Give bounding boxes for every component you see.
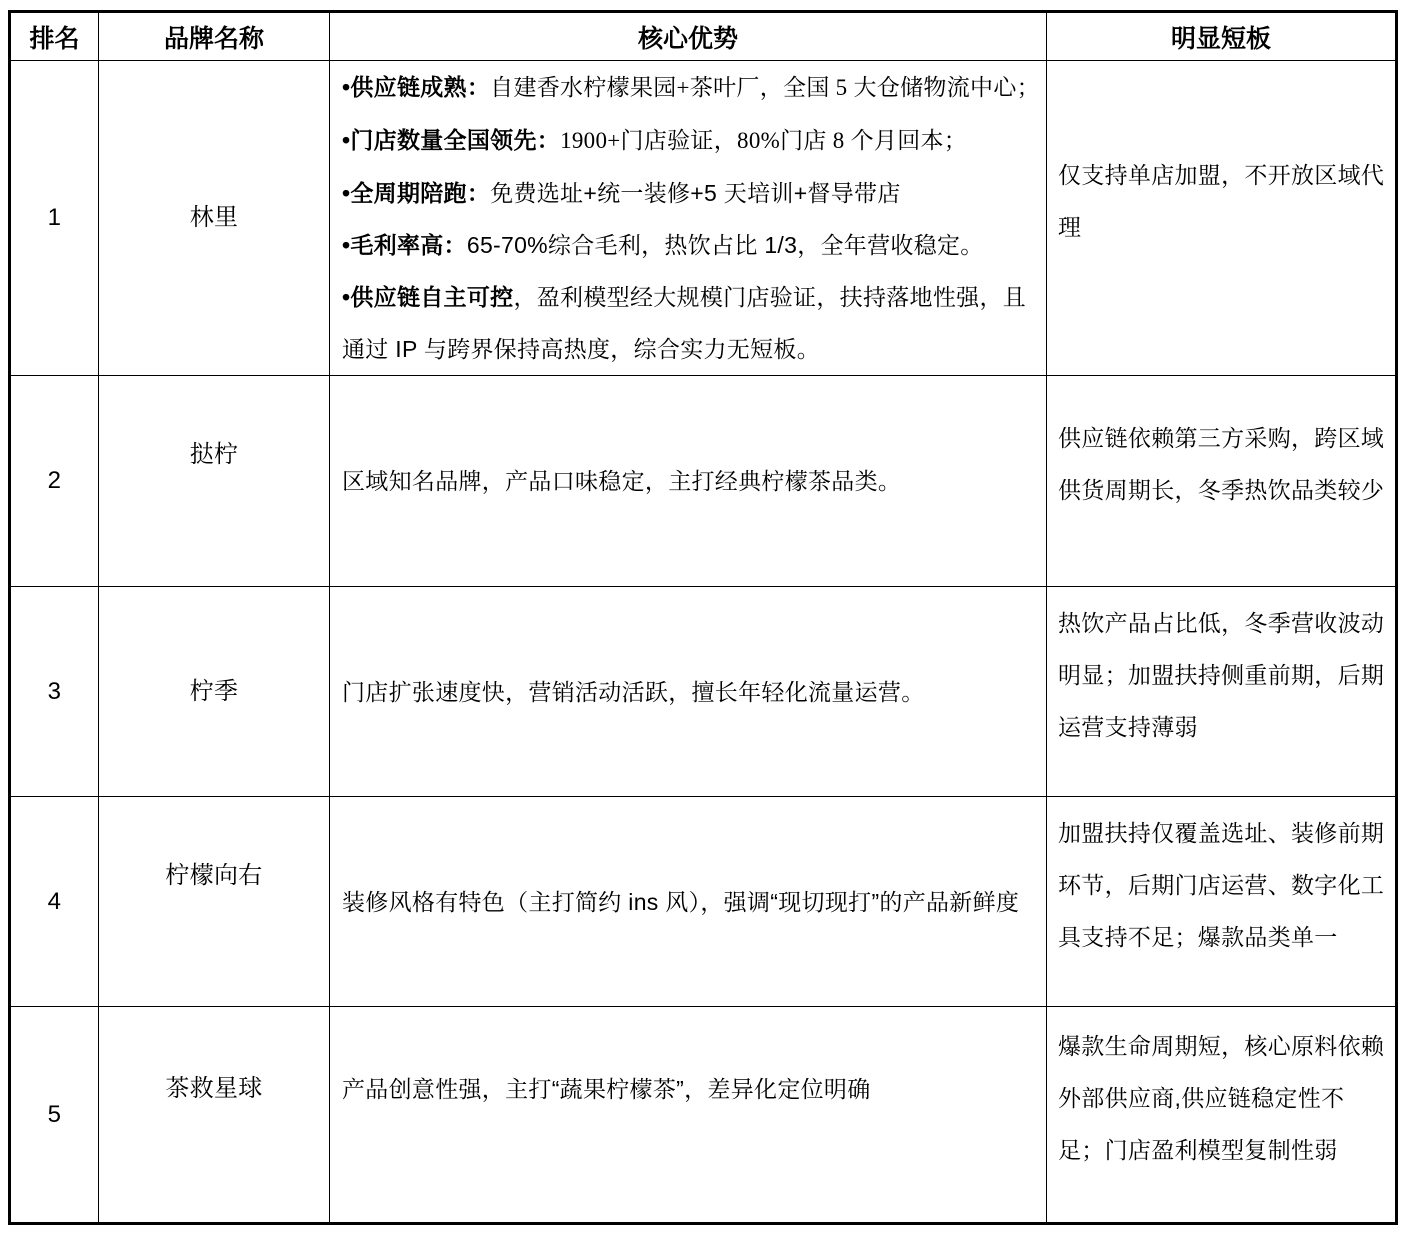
advantage-text: 免费选址+统一装修+5 天培训+督导带店 bbox=[490, 180, 900, 206]
brand-cell: 挞柠 bbox=[99, 376, 330, 587]
brand-name: 柠檬向右 bbox=[165, 862, 262, 889]
advantage-lead: •门店数量全国领先： bbox=[342, 127, 560, 153]
brand-name: 茶救星球 bbox=[165, 1075, 262, 1102]
advantages-cell: •供应链成熟：自建香水柠檬果园+茶叶厂，全国 5 大仓储物流中心；•门店数量全国… bbox=[330, 61, 1047, 376]
shortcoming-cell: 爆款生命周期短，核心原料依赖外部供应商,供应链稳定性不足；门店盈利模型复制性弱 bbox=[1047, 1007, 1397, 1224]
advantage-text: 65-70%综合毛利，热饮占比 1/3，全年营收稳定。 bbox=[467, 232, 984, 258]
shortcoming-text: 加盟扶持仅覆盖选址、装修前期环节，后期门店运营、数字化工具支持不足；爆款品类单一 bbox=[1058, 807, 1390, 963]
rank-cell: 2 bbox=[10, 376, 99, 587]
advantage-lead: •供应链自主可控 bbox=[342, 284, 513, 310]
advantages-cell: 门店扩张速度快，营销活动活跃，擅长年轻化流量运营。 bbox=[330, 587, 1047, 797]
advantage-item: 门店扩张速度快，营销活动活跃，擅长年轻化流量运营。 bbox=[342, 666, 1040, 718]
shortcoming-cell: 供应链依赖第三方采购，跨区域供货周期长，冬季热饮品类较少 bbox=[1047, 376, 1397, 587]
table-row: 3 柠季 门店扩张速度快，营销活动活跃，擅长年轻化流量运营。 热饮产品占比低，冬… bbox=[10, 587, 1397, 797]
advantage-item: •全周期陪跑：免费选址+统一装修+5 天培训+督导带店 bbox=[342, 167, 1040, 219]
shortcoming-text: 热饮产品占比低，冬季营收波动明显；加盟扶持侧重前期，后期运营支持薄弱 bbox=[1058, 597, 1390, 753]
table-row: 4 柠檬向右 装修风格有特色（主打简约 ins 风），强调“现切现打”的产品新鲜… bbox=[10, 797, 1397, 1007]
rank-cell: 4 bbox=[10, 797, 99, 1007]
advantages-cell: 装修风格有特色（主打简约 ins 风），强调“现切现打”的产品新鲜度 bbox=[330, 797, 1047, 1007]
advantage-item: •供应链自主可控，盈利模型经大规模门店验证，扶持落地性强，且通过 IP 与跨界保… bbox=[342, 271, 1040, 375]
rank-value: 2 bbox=[48, 467, 62, 494]
advantage-text: 门店扩张速度快，营销活动活跃，擅长年轻化流量运营。 bbox=[342, 679, 925, 705]
advantage-text: 装修风格有特色（主打简约 ins 风），强调“现切现打”的产品新鲜度 bbox=[342, 889, 1019, 915]
advantages-cell: 产品创意性强，主打“蔬果柠檬茶”，差异化定位明确 bbox=[330, 1007, 1047, 1224]
header-row: 排名 品牌名称 核心优势 明显短板 bbox=[10, 12, 1397, 61]
brand-cell: 茶救星球 bbox=[99, 1007, 330, 1224]
advantage-lead: •供应链成熟： bbox=[342, 74, 490, 100]
rank-cell: 5 bbox=[10, 1007, 99, 1224]
table-row: 2 挞柠 区域知名品牌，产品口味稳定，主打经典柠檬茶品类。 供应链依赖第三方采购… bbox=[10, 376, 1397, 587]
advantage-text: 1900+门店验证，80%门店 8 个月回本； bbox=[560, 128, 967, 153]
advantage-text: 产品创意性强，主打“蔬果柠檬茶”，差异化定位明确 bbox=[342, 1076, 871, 1102]
advantage-item: •毛利率高：65-70%综合毛利，热饮占比 1/3，全年营收稳定。 bbox=[342, 219, 1040, 271]
brand-comparison-table: 排名 品牌名称 核心优势 明显短板 1 林里 •供应链成熟：自建香水柠檬果园+茶… bbox=[8, 10, 1398, 1225]
brand-cell: 林里 bbox=[99, 61, 330, 376]
table-body: 1 林里 •供应链成熟：自建香水柠檬果园+茶叶厂，全国 5 大仓储物流中心；•门… bbox=[10, 61, 1397, 1224]
shortcoming-text: 仅支持单店加盟，不开放区域代理 bbox=[1058, 149, 1390, 253]
rank-value: 3 bbox=[48, 678, 62, 705]
shortcoming-text: 供应链依赖第三方采购，跨区域供货周期长，冬季热饮品类较少 bbox=[1058, 412, 1390, 516]
advantage-lead: •毛利率高： bbox=[342, 232, 467, 258]
header-cell-rank: 排名 bbox=[10, 12, 99, 61]
brand-cell: 柠季 bbox=[99, 587, 330, 797]
advantage-text: 区域知名品牌，产品口味稳定，主打经典柠檬茶品类。 bbox=[342, 468, 901, 494]
brand-cell: 柠檬向右 bbox=[99, 797, 330, 1007]
rank-value: 4 bbox=[48, 888, 62, 915]
table-row: 1 林里 •供应链成熟：自建香水柠檬果园+茶叶厂，全国 5 大仓储物流中心；•门… bbox=[10, 61, 1397, 376]
brand-name: 挞柠 bbox=[190, 441, 239, 468]
advantage-item: •门店数量全国领先：1900+门店验证，80%门店 8 个月回本； bbox=[342, 114, 1040, 167]
rank-value: 5 bbox=[48, 1101, 62, 1128]
shortcoming-cell: 热饮产品占比低，冬季营收波动明显；加盟扶持侧重前期，后期运营支持薄弱 bbox=[1047, 587, 1397, 797]
rank-value: 1 bbox=[48, 204, 62, 231]
advantage-item: 区域知名品牌，产品口味稳定，主打经典柠檬茶品类。 bbox=[342, 455, 1040, 507]
advantage-item: 产品创意性强，主打“蔬果柠檬茶”，差异化定位明确 bbox=[342, 1063, 1040, 1115]
table-row: 5 茶救星球 产品创意性强，主打“蔬果柠檬茶”，差异化定位明确 爆款生命周期短，… bbox=[10, 1007, 1397, 1224]
header-cell-advantages: 核心优势 bbox=[330, 12, 1047, 61]
advantage-item: •供应链成熟：自建香水柠檬果园+茶叶厂，全国 5 大仓储物流中心； bbox=[342, 61, 1040, 114]
advantages-cell: 区域知名品牌，产品口味稳定，主打经典柠檬茶品类。 bbox=[330, 376, 1047, 587]
brand-name: 林里 bbox=[190, 204, 239, 231]
header-cell-brand: 品牌名称 bbox=[99, 12, 330, 61]
shortcoming-text: 爆款生命周期短，核心原料依赖外部供应商,供应链稳定性不足；门店盈利模型复制性弱 bbox=[1058, 1020, 1390, 1176]
advantage-lead: •全周期陪跑： bbox=[342, 180, 490, 206]
rank-cell: 1 bbox=[10, 61, 99, 376]
advantage-text: 自建香水柠檬果园+茶叶厂，全国 5 大仓储物流中心； bbox=[490, 75, 1040, 100]
shortcoming-cell: 仅支持单店加盟，不开放区域代理 bbox=[1047, 61, 1397, 376]
advantage-item: 装修风格有特色（主打简约 ins 风），强调“现切现打”的产品新鲜度 bbox=[342, 876, 1040, 928]
header-cell-shortcomings: 明显短板 bbox=[1047, 12, 1397, 61]
page: 排名 品牌名称 核心优势 明显短板 1 林里 •供应链成熟：自建香水柠檬果园+茶… bbox=[0, 0, 1403, 1233]
brand-name: 柠季 bbox=[190, 678, 239, 705]
rank-cell: 3 bbox=[10, 587, 99, 797]
shortcoming-cell: 加盟扶持仅覆盖选址、装修前期环节，后期门店运营、数字化工具支持不足；爆款品类单一 bbox=[1047, 797, 1397, 1007]
